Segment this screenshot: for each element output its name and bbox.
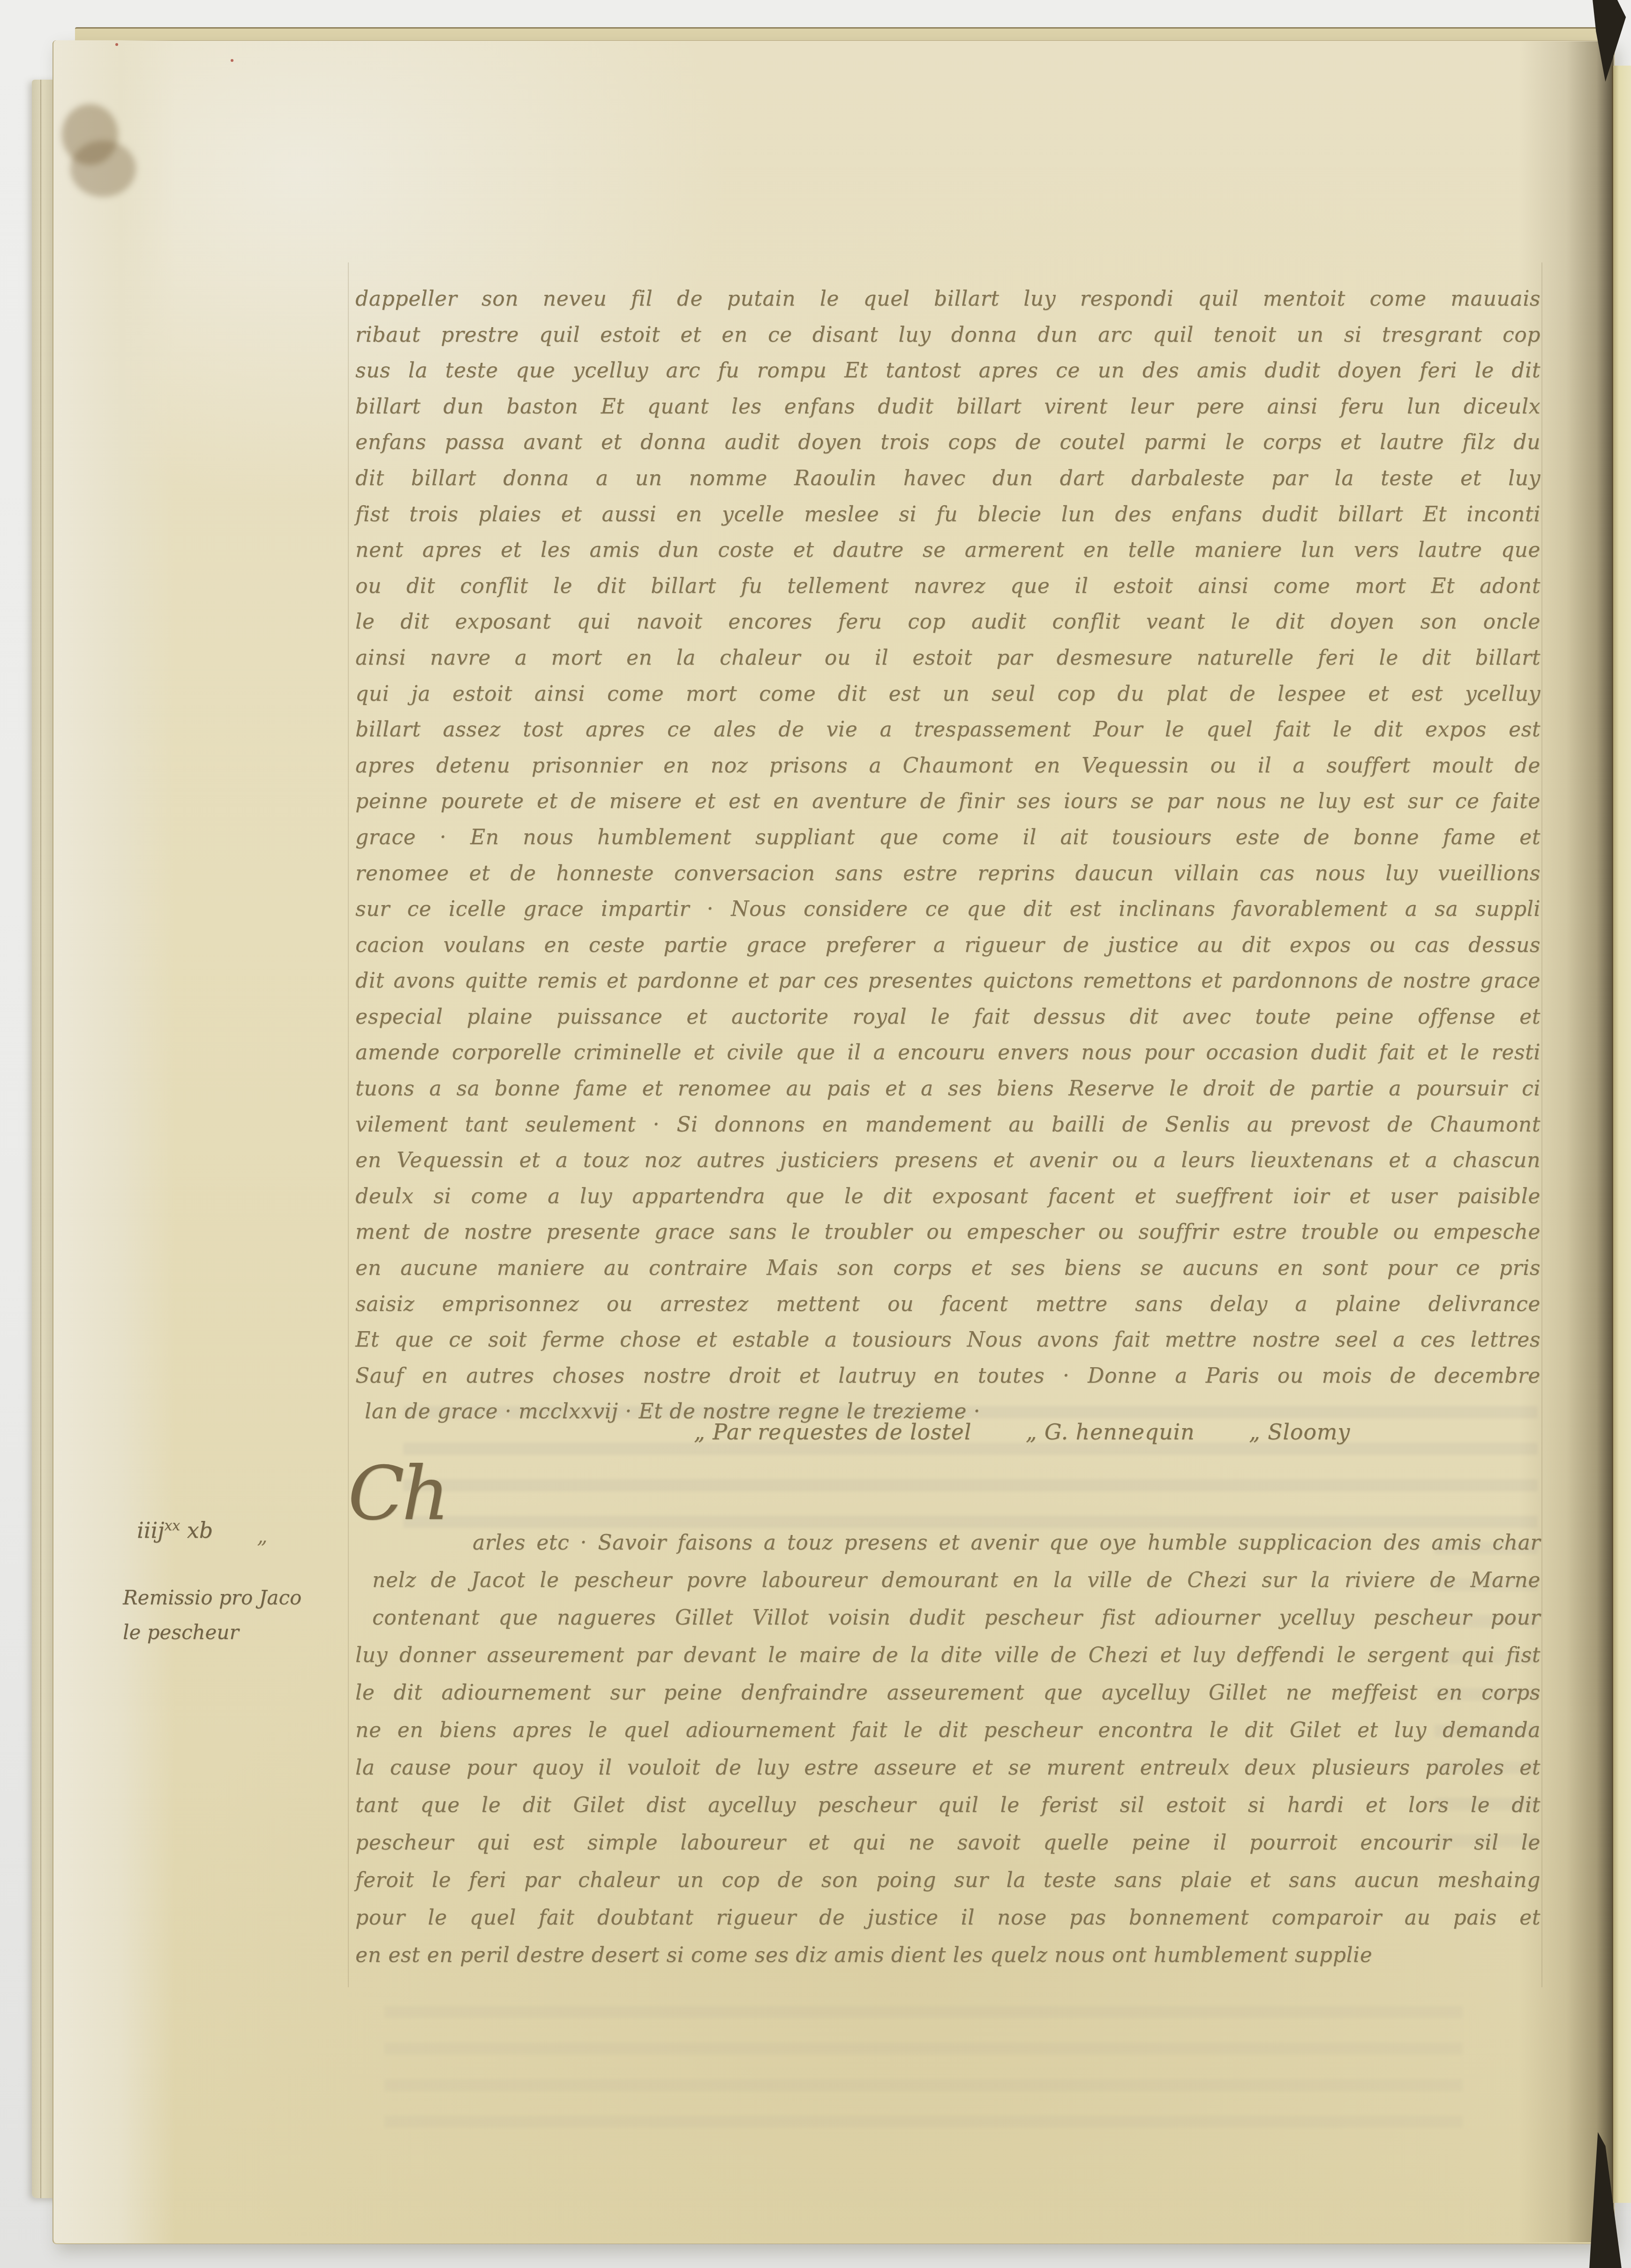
manuscript-text-line: pour le quel fait doubtant rigueur de ju… — [355, 1899, 1541, 1937]
manuscript-text-line: en Vequessin et a touz noz autres justic… — [355, 1143, 1541, 1179]
manuscript-text-line: luy donner asseurement par devant le mai… — [355, 1637, 1541, 1674]
act1-text-block: dappeller son neveu fil de putain le que… — [355, 281, 1541, 1430]
manuscript-text-line: billart assez tost apres ce ales de vie … — [355, 712, 1541, 748]
folio-number-base: iiij — [137, 1518, 164, 1543]
manuscript-text-line: billart dun baston Et quant les enfans d… — [355, 389, 1541, 425]
margin-ruling-left — [348, 262, 349, 1987]
registrar-signature-second: „ Sloomy — [1249, 1419, 1350, 1445]
manuscript-photo: dappeller son neveu fil de putain le que… — [0, 0, 1631, 2268]
margin-rubric-line: le pescheur — [123, 1615, 343, 1650]
margin-folio-number: iiijxx xb — [137, 1518, 213, 1543]
act2-text-block: arles etc · Savoir faisons a touz presen… — [355, 1524, 1541, 1974]
manuscript-text-line: saisiz emprisonnez ou arrestez mettent o… — [355, 1287, 1541, 1323]
manuscript-text-line: Et que ce soit ferme chose et estable a … — [355, 1322, 1541, 1358]
manuscript-text-line: ment de nostre presente grace sans le tr… — [355, 1214, 1541, 1250]
margin-rubric-line: Remissio pro Jaco — [123, 1580, 343, 1615]
bleedthrough-text — [384, 2006, 1463, 2128]
manuscript-text-line: le dit adiournement sur peine denfraindr… — [355, 1674, 1541, 1712]
paragraph-tie-mark: „ — [257, 1524, 268, 1548]
manuscript-text-line: pescheur qui est simple laboureur et qui… — [355, 1824, 1541, 1862]
manuscript-text-line: dit billart donna a un nomme Raoulin hav… — [355, 461, 1541, 497]
ink-stain — [70, 141, 136, 197]
manuscript-text-line: ou dit conflit le dit billart fu telleme… — [355, 569, 1541, 605]
manuscript-text-line: nent apres et les amis dun coste et daut… — [355, 532, 1541, 569]
manuscript-text-line: en aucune maniere au contraire Mais son … — [355, 1250, 1541, 1287]
folio-number-rest: xb — [180, 1518, 213, 1543]
manuscript-text-line: vilement tant seulement · Si donnons en … — [355, 1107, 1541, 1143]
manuscript-text-line: arles etc · Savoir faisons a touz presen… — [355, 1524, 1541, 1562]
manuscript-text-line: grace · En nous humblement suppliant que… — [355, 820, 1541, 856]
manuscript-text-line: enfans passa avant et donna audit doyen … — [355, 425, 1541, 461]
manuscript-text-line: dappeller son neveu fil de putain le que… — [355, 281, 1541, 317]
manuscript-text-line: deulx si come a luy appartendra que le d… — [355, 1179, 1541, 1215]
chancery-registration-line: „ Par requestes de lostel „ G. hennequin… — [694, 1419, 1350, 1445]
manuscript-text-line: dit avons quitte remis et pardonne et pa… — [355, 963, 1541, 999]
manuscript-text-line: la cause pour quoy il vouloit de luy est… — [355, 1749, 1541, 1787]
manuscript-text-line: contenant que nagueres Gillet Villot voi… — [355, 1599, 1541, 1637]
manuscript-text-line: ribaut prestre quil estoit et en ce disa… — [355, 317, 1541, 353]
manuscript-text-line: apres detenu prisonnier en noz prisons a… — [355, 748, 1541, 784]
manuscript-text-line: nelz de Jacot le pescheur povre laboureu… — [355, 1562, 1541, 1599]
registration-formula: „ Par requestes de lostel — [694, 1419, 971, 1445]
manuscript-text-line: sur ce icelle grace impartir · Nous cons… — [355, 891, 1541, 928]
manuscript-text-line: feroit le feri par chaleur un cop de son… — [355, 1862, 1541, 1899]
manuscript-text-line: fist trois plaies et aussi en ycelle mes… — [355, 497, 1541, 533]
margin-rubric-remissio: Remissio pro Jaco le pescheur — [123, 1580, 343, 1650]
manuscript-text-line: ainsi navre a mort en la chaleur ou il e… — [355, 640, 1541, 676]
decorated-initial-ch: Ch — [348, 1457, 447, 1531]
folio-number-superscript: xx — [164, 1518, 180, 1534]
manuscript-text-line: en est en peril destre desert si come se… — [355, 1937, 1541, 1974]
manuscript-text-line: tant que le dit Gilet dist aycelluy pesc… — [355, 1787, 1541, 1824]
manuscript-text-line: Sauf en autres choses nostre droit et la… — [355, 1358, 1541, 1394]
facing-leaf-edge — [1612, 66, 1631, 2203]
leaf-edge-line — [40, 80, 41, 2198]
manuscript-text-line: sus la teste que ycelluy arc fu rompu Et… — [355, 353, 1541, 389]
manuscript-text-line: cacion voulans en ceste partie grace pre… — [355, 928, 1541, 964]
page-curled-edge — [53, 40, 175, 2243]
gutter-shadow — [1519, 41, 1614, 2242]
manuscript-text-line: peinne pourete et de misere et est en av… — [355, 784, 1541, 820]
manuscript-text-line: especial plaine puissance et auctorite r… — [355, 999, 1541, 1035]
manuscript-text-line: renomee et de honneste conversacion sans… — [355, 856, 1541, 892]
red-speck — [231, 59, 233, 62]
manuscript-text-line: qui ja estoit ainsi come mort come dit e… — [355, 676, 1541, 712]
manuscript-text-line: amende corporelle criminelle et civile q… — [355, 1035, 1541, 1071]
manuscript-text-line: ne en biens apres le quel adiournement f… — [355, 1712, 1541, 1749]
red-speck — [115, 43, 118, 46]
manuscript-text-line: tuons a sa bonne fame et renomee au pais… — [355, 1071, 1541, 1107]
registrar-signature-hennequin: „ G. hennequin — [1026, 1419, 1195, 1445]
manuscript-text-line: le dit exposant qui navoit encores feru … — [355, 604, 1541, 640]
